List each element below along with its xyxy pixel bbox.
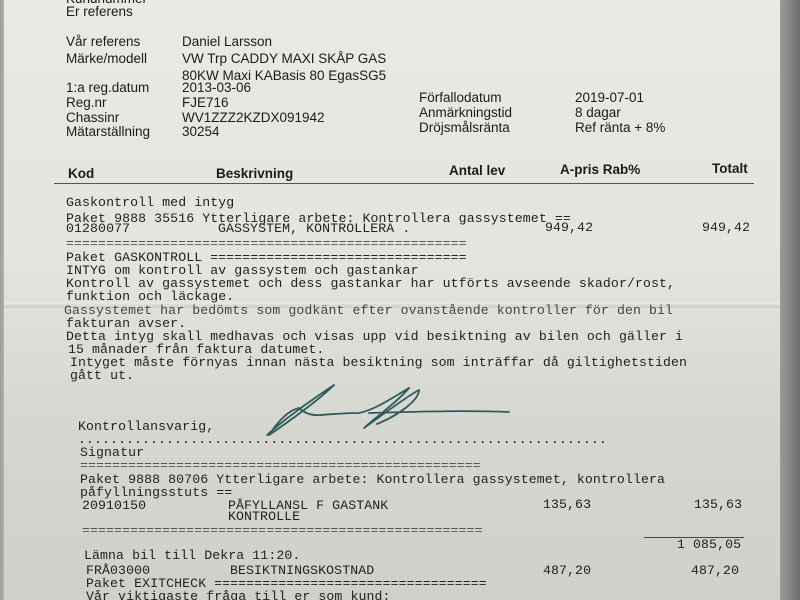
chassinr-label: Chassinr bbox=[66, 110, 119, 125]
marke-modell-value: VW Trp CADDY MAXI SKÅP GAS bbox=[182, 51, 386, 66]
reg-datum-value: 2013-03-06 bbox=[182, 80, 251, 95]
item2-desc-2: KONTROLLE bbox=[228, 509, 300, 524]
reg-nr-value: FJE716 bbox=[182, 95, 229, 110]
forfallodatum-label: Förfallodatum bbox=[419, 90, 502, 105]
anmarkningstid-label: Anmärkningstid bbox=[419, 105, 512, 120]
item1-desc: GASSYSTEM, KONTROLLERA . bbox=[218, 221, 410, 236]
item2-price: 135,63 bbox=[543, 497, 591, 512]
chassinr-value: WV1ZZZ2KZDX091942 bbox=[182, 110, 325, 125]
anmarkningstid-value: 8 dagar bbox=[575, 105, 621, 120]
separator-2: ========================================… bbox=[80, 458, 481, 473]
item1-price: 949,42 bbox=[545, 220, 593, 235]
col-antal-lev: Antal lev bbox=[449, 163, 505, 178]
var-referens-label: Vår referens bbox=[66, 34, 140, 49]
item3-price: 487,20 bbox=[543, 563, 591, 578]
col-totalt: Totalt bbox=[712, 161, 748, 176]
drojsmalsranta-label: Dröjsmålsränta bbox=[419, 120, 510, 135]
matarstallning-value: 30254 bbox=[182, 124, 220, 139]
page-edge-right bbox=[780, 0, 800, 600]
item3-total: 487,20 bbox=[691, 563, 739, 578]
var-referens-value: Daniel Larsson bbox=[182, 34, 272, 49]
separator-1: ========================================… bbox=[66, 236, 467, 251]
marke-modell-label: Märke/modell bbox=[66, 51, 147, 66]
line-gatt-ut: gått ut. bbox=[70, 368, 134, 383]
subtotal-value: 1 085,05 bbox=[677, 537, 741, 552]
item1-code: 01280077 bbox=[66, 221, 130, 236]
line-lamna-bil: Lämna bil till Dekra 11:20. bbox=[84, 548, 300, 563]
reg-nr-label: Reg.nr bbox=[66, 95, 107, 110]
matarstallning-label: Mätarställning bbox=[66, 124, 150, 139]
header-rule bbox=[54, 183, 754, 184]
col-kod: Kod bbox=[68, 166, 94, 181]
line-gaskontroll: Gaskontroll med intyg bbox=[66, 195, 234, 210]
item2-code: 20910150 bbox=[82, 498, 146, 513]
reg-datum-label: 1:a reg.datum bbox=[66, 80, 149, 95]
invoice-page: Kundnummer Er referens Vår referens Dani… bbox=[4, 0, 780, 600]
forfallodatum-value: 2019-07-01 bbox=[575, 90, 644, 105]
col-a-pris-rab: A-pris Rab% bbox=[560, 162, 640, 177]
separator-3: ========================================… bbox=[82, 523, 483, 538]
line-viktigaste-fraga: Vår viktigaste fråga till er som kund: bbox=[86, 589, 391, 600]
drojsmalsranta-value: Ref ränta + 8% bbox=[575, 120, 665, 135]
line-funktion: funktion och läckage. bbox=[66, 289, 234, 304]
handwritten-signature bbox=[259, 380, 519, 440]
item1-total: 949,42 bbox=[702, 220, 750, 235]
er-referens-label: Er referens bbox=[66, 4, 133, 19]
item2-total: 135,63 bbox=[694, 497, 742, 512]
line-intyget: Intyget måste förnyas innan nästa besikt… bbox=[70, 355, 687, 370]
col-beskrivning: Beskrivning bbox=[216, 166, 293, 181]
